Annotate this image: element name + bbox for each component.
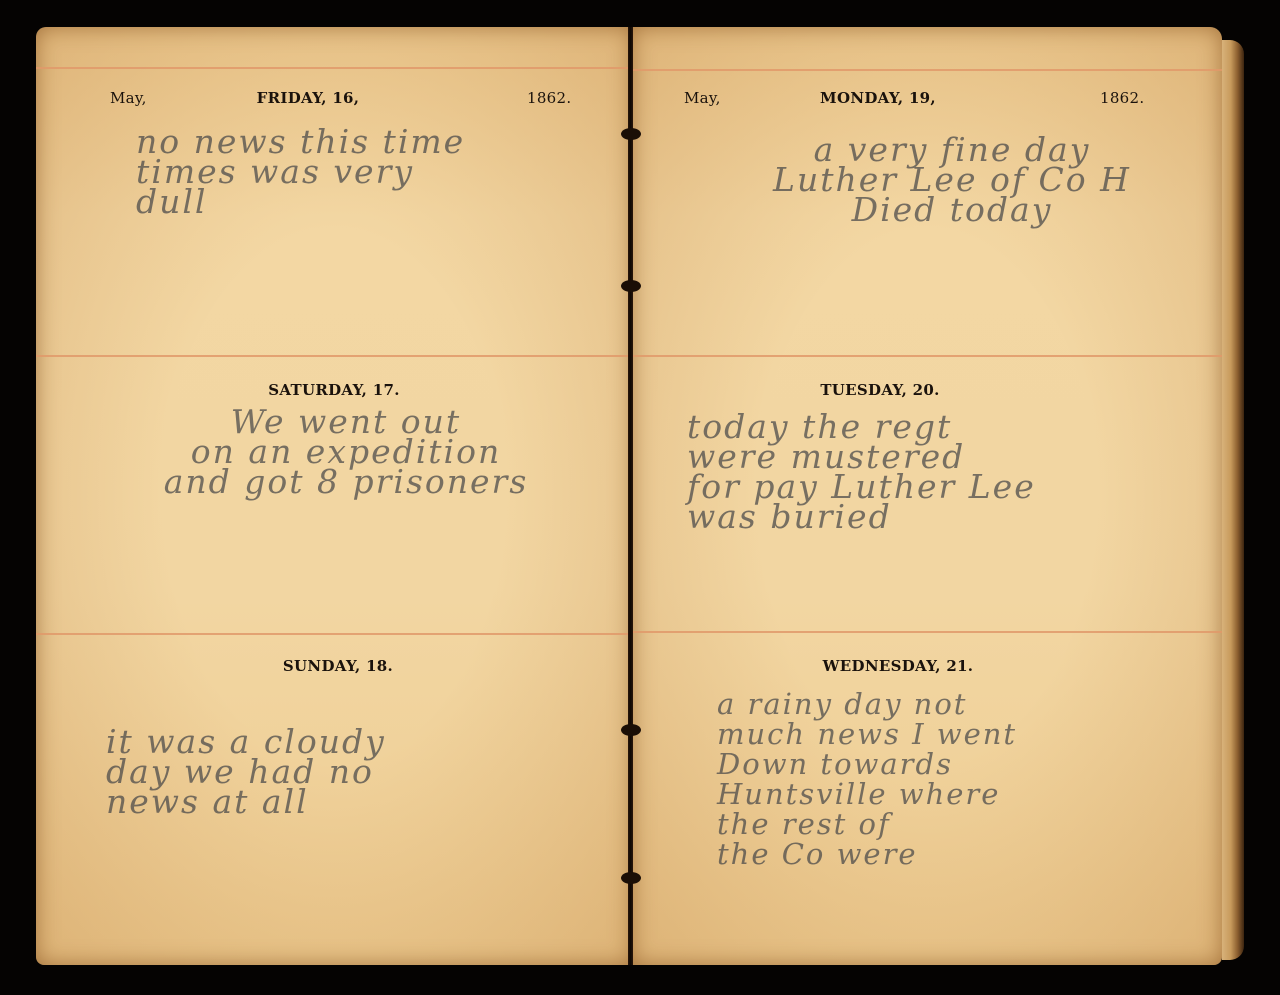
- binding-stitch: [621, 280, 641, 292]
- day-heading-sunday: SUNDAY, 18.: [188, 657, 488, 675]
- year-label: 1862.: [527, 89, 571, 107]
- month-label: May,: [110, 89, 147, 107]
- page-edge-stack: [1222, 40, 1244, 960]
- day-divider: [632, 631, 1222, 633]
- rule-line: [36, 67, 632, 69]
- left-page: May, 1862. FRIDAY, 16, no news this time…: [36, 27, 632, 965]
- handwritten-entry-saturday: We went out on an expedition and got 8 p…: [76, 407, 616, 497]
- handwritten-entry-wednesday: a rainy day not much news I went Down to…: [717, 689, 1177, 869]
- handwritten-entry-sunday: it was a cloudy day we had no news at al…: [106, 727, 586, 817]
- handwritten-entry-tuesday: today the regt were mustered for pay Lut…: [687, 412, 1207, 532]
- day-heading-saturday: SATURDAY, 17.: [184, 381, 484, 399]
- rule-line: [632, 69, 1222, 71]
- book-spine: [628, 27, 633, 965]
- day-divider: [36, 633, 632, 635]
- day-divider: [632, 355, 1222, 357]
- day-heading-friday: FRIDAY, 16,: [158, 89, 458, 107]
- handwritten-entry-monday: a very fine day Luther Lee of Co H Died …: [702, 135, 1202, 225]
- day-heading-monday: MONDAY, 19,: [728, 89, 1028, 107]
- day-divider: [36, 355, 632, 357]
- handwritten-entry-friday: no news this time times was very dull: [136, 127, 616, 217]
- binding-stitch: [621, 724, 641, 736]
- month-label: May,: [684, 89, 721, 107]
- year-label: 1862.: [1100, 89, 1144, 107]
- binding-stitch: [621, 128, 641, 140]
- day-heading-tuesday: TUESDAY, 20.: [730, 381, 1030, 399]
- right-page: May, 1862. MONDAY, 19, a very fine day L…: [632, 27, 1222, 965]
- day-heading-wednesday: WEDNESDAY, 21.: [748, 657, 1048, 675]
- binding-stitch: [621, 872, 641, 884]
